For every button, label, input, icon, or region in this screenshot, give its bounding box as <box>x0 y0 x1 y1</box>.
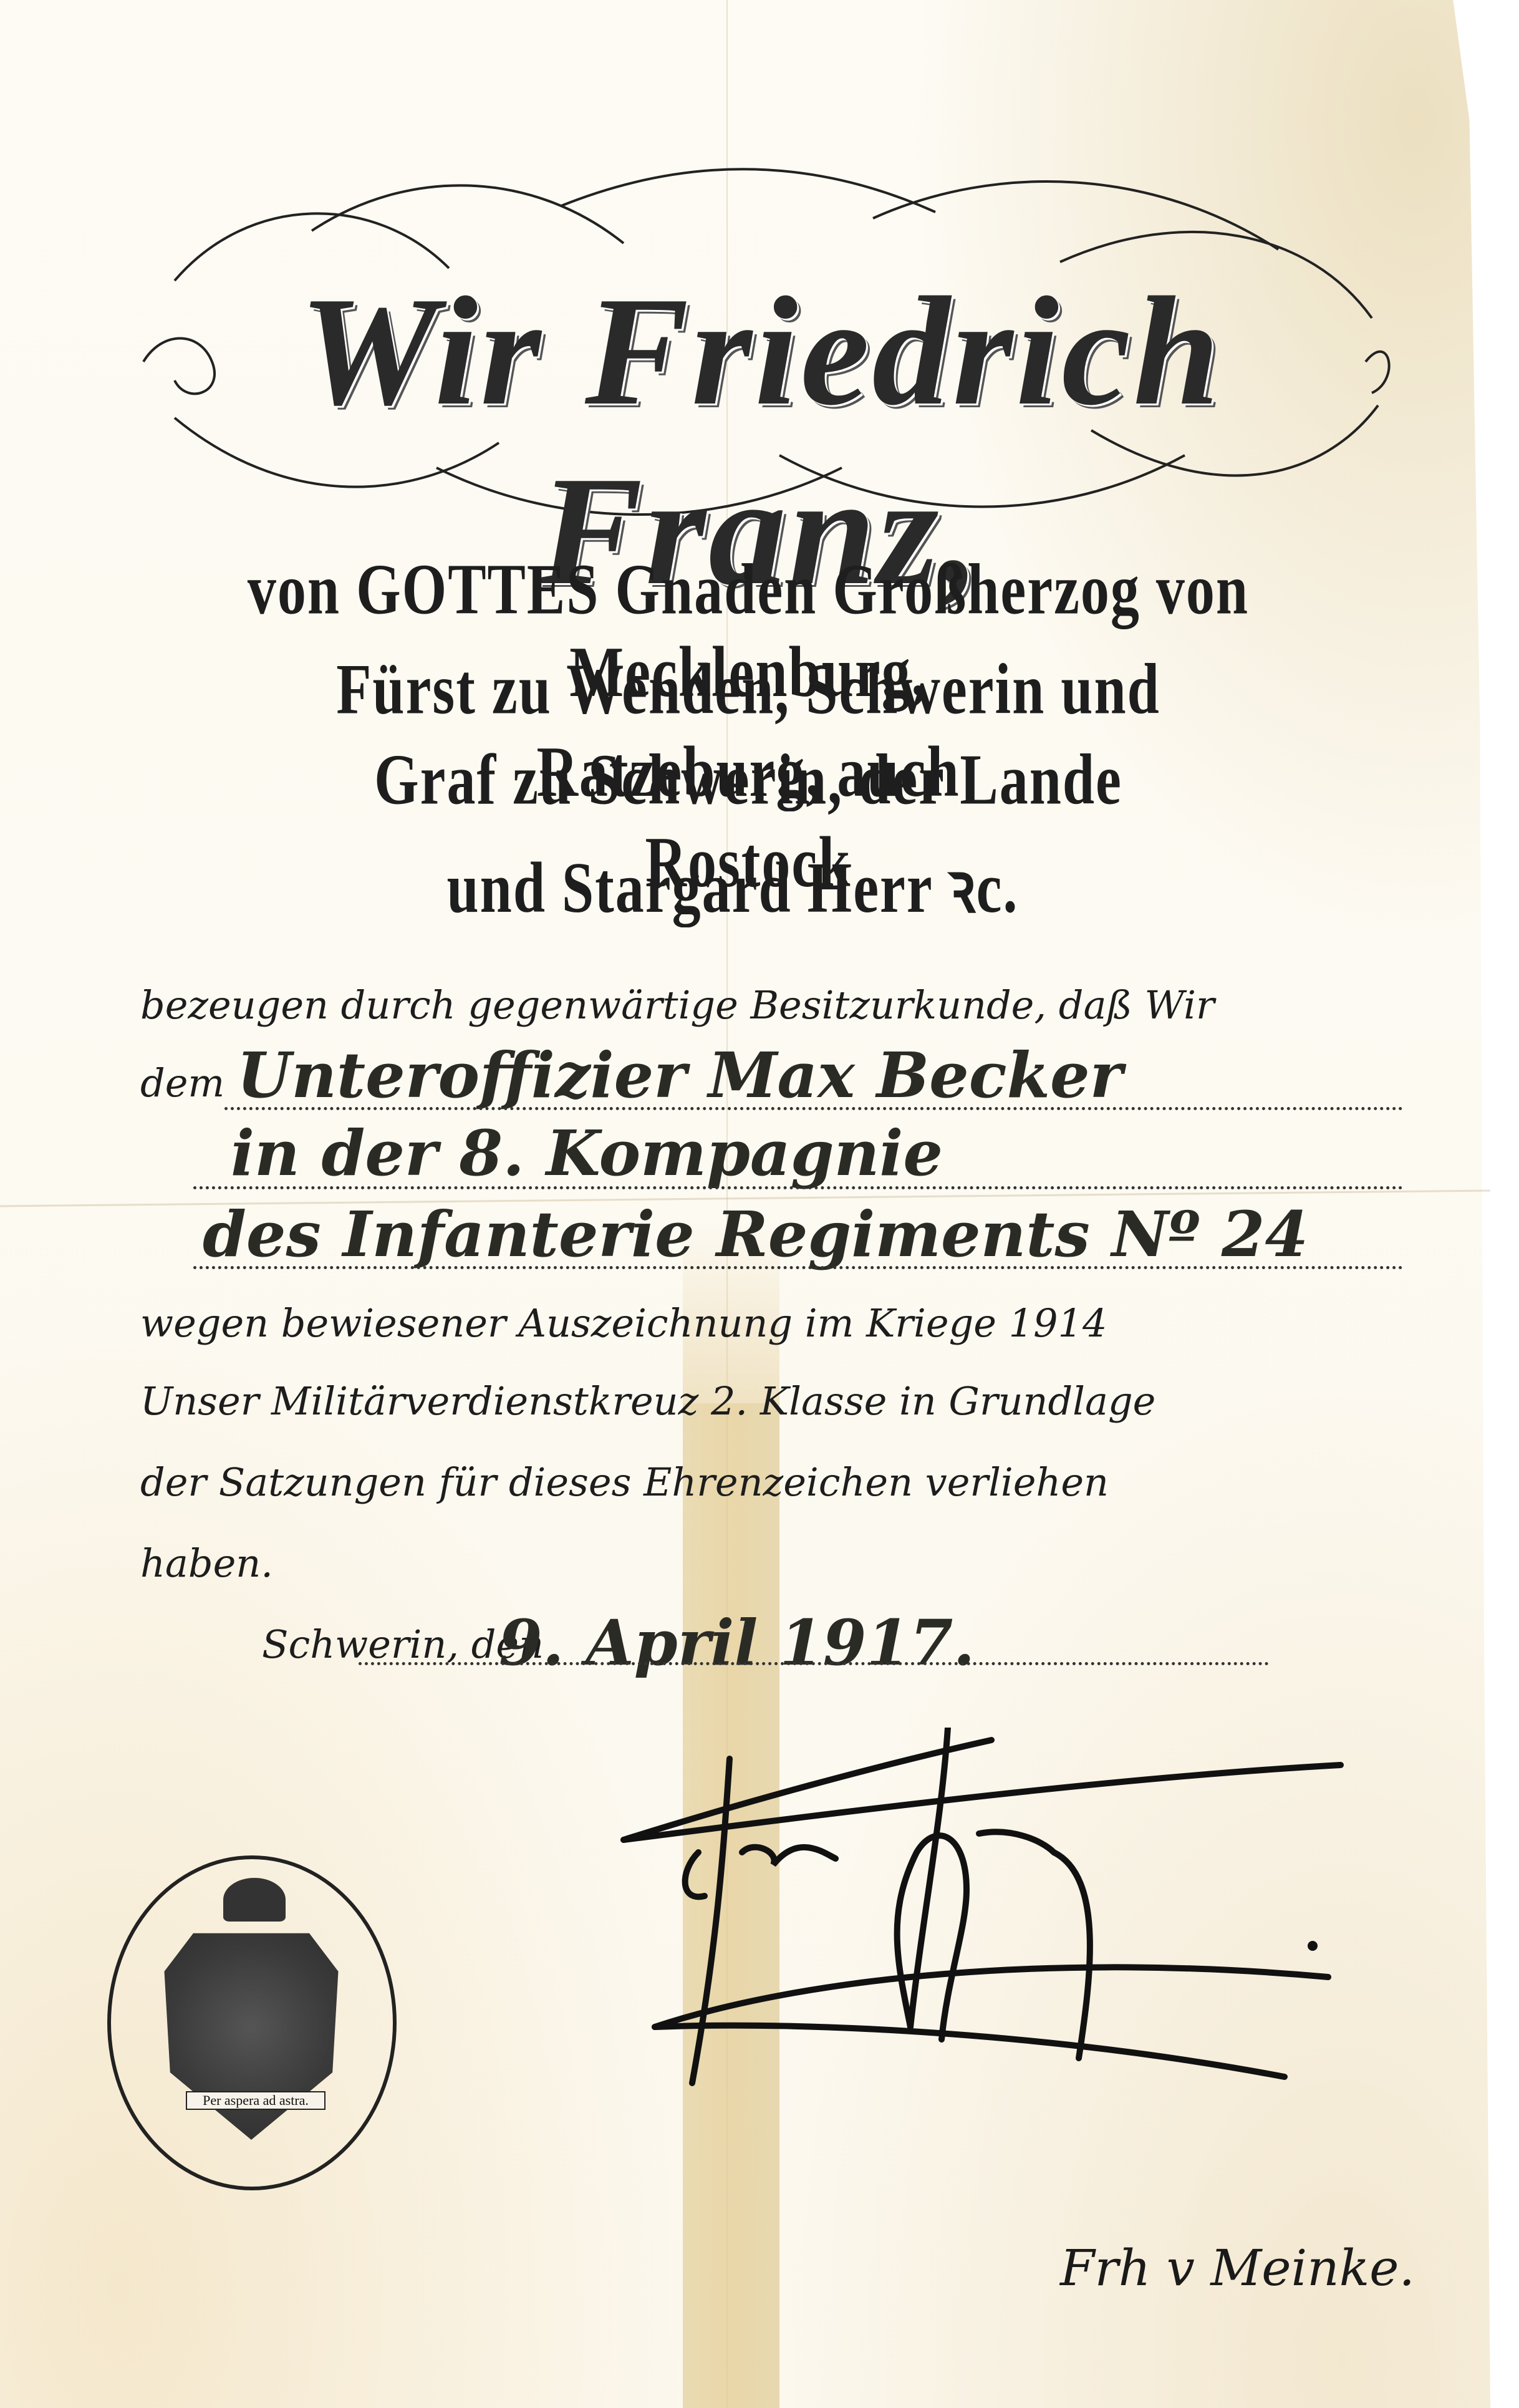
motto-right: ad astra. <box>263 2092 309 2108</box>
recipient-rank-name: Unteroffizier Max Becker <box>237 1038 1122 1112</box>
fill-in-line-1 <box>224 1107 1403 1110</box>
titulary-line-4: und Stargard Herr ꝛc. <box>436 835 1029 932</box>
fill-in-line-3 <box>193 1266 1403 1269</box>
date-fill-in-line <box>359 1662 1269 1665</box>
recipient-company: in der 8. Kompagnie <box>231 1116 943 1190</box>
body-line-8: haben. <box>140 1540 273 1586</box>
recipient-regiment: des Infanterie Regiments Nº 24 <box>203 1197 1308 1271</box>
body-line-5: wegen bewiesener Auszeichnung im Kriege … <box>140 1300 1107 1346</box>
countersignature: Frh v Meinke. <box>1060 2239 1415 2297</box>
body-line-2-printed: dem <box>140 1060 224 1106</box>
signature-friedrich-franz <box>617 1728 1366 2114</box>
fill-in-line-2 <box>193 1186 1403 1189</box>
seal-motto: Per aspera ad astra. <box>186 2091 325 2110</box>
body-line-6: Unser Militärverdienstkreuz 2. Klasse in… <box>140 1378 1155 1424</box>
motto-left: Per aspera <box>203 2092 259 2108</box>
body-line-1: bezeugen durch gegenwärtige Besitzurkund… <box>140 982 1215 1028</box>
body-line-7: der Satzungen für dieses Ehrenzeichen ve… <box>140 1459 1109 1505</box>
date-filled: 9. April 1917. <box>499 1606 975 1680</box>
crown-icon <box>223 1878 286 1922</box>
coat-of-arms-seal: Per aspera ad astra. <box>107 1855 397 2190</box>
